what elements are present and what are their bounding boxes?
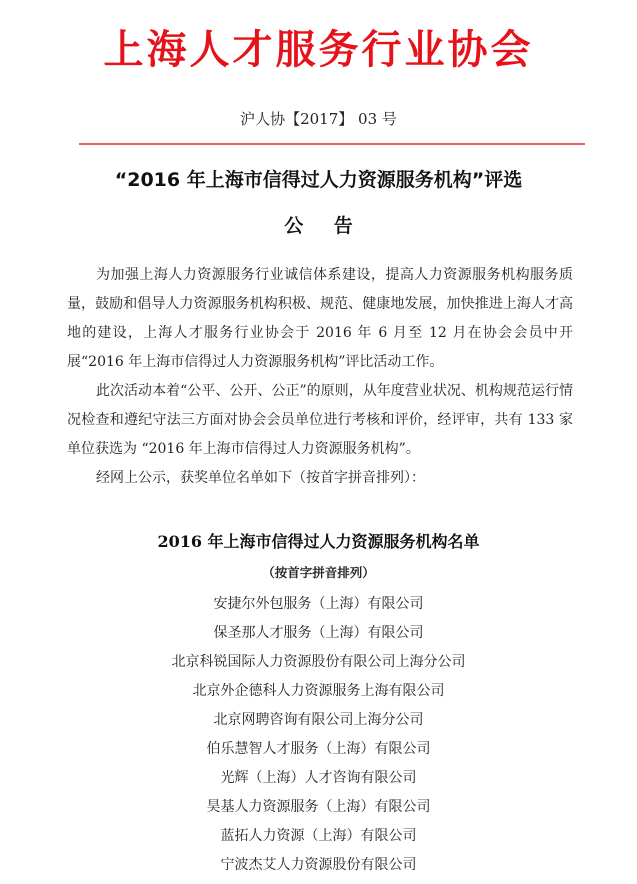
- company-item: 蓝拓人力资源（上海）有限公司: [0, 822, 637, 851]
- body-paragraph: 此次活动本着“公平、公开、公正”的原则，从年度营业状况、机构规范运行情况检查和遵…: [67, 377, 573, 464]
- company-item: 保圣那人才服务（上海）有限公司: [0, 619, 637, 648]
- notice-subtitle: 公 告: [0, 212, 637, 240]
- organization-title: 上海人才服务行业协会: [0, 24, 637, 76]
- company-item: 昊基人力资源服务（上海）有限公司: [0, 793, 637, 822]
- document-number: 沪人协【2017】 03 号: [0, 108, 637, 130]
- company-item: 光辉（上海）人才咨询有限公司: [0, 764, 637, 793]
- body-paragraph: 经网上公示，获奖单位名单如下（按首字拼音排列）：: [67, 464, 573, 493]
- company-item: 宁波杰艾人力资源股份有限公司: [0, 851, 637, 880]
- notice-body: 为加强上海人力资源服务行业诚信体系建设，提高人力资源服务机构服务质量，鼓励和倡导…: [67, 261, 573, 493]
- company-item: 北京网聘咨询有限公司上海分公司: [0, 706, 637, 735]
- company-item: 伯乐慧智人才服务（上海）有限公司: [0, 735, 637, 764]
- company-item: 北京外企德科人力资源服务上海有限公司: [0, 677, 637, 706]
- company-item: 安捷尔外包服务（上海）有限公司: [0, 590, 637, 619]
- company-item: 北京科锐国际人力资源股份有限公司上海分公司: [0, 648, 637, 677]
- notice-title: “2016 年上海市信得过人力资源服务机构”评选: [0, 166, 637, 194]
- list-subtitle: （按首字拼音排列）: [0, 563, 637, 583]
- list-title: 2016 年上海市信得过人力资源服务机构名单: [0, 530, 637, 554]
- company-list: 安捷尔外包服务（上海）有限公司 保圣那人才服务（上海）有限公司 北京科锐国际人力…: [0, 590, 637, 880]
- header-divider: [79, 143, 585, 145]
- body-paragraph: 为加强上海人力资源服务行业诚信体系建设，提高人力资源服务机构服务质量，鼓励和倡导…: [67, 261, 573, 377]
